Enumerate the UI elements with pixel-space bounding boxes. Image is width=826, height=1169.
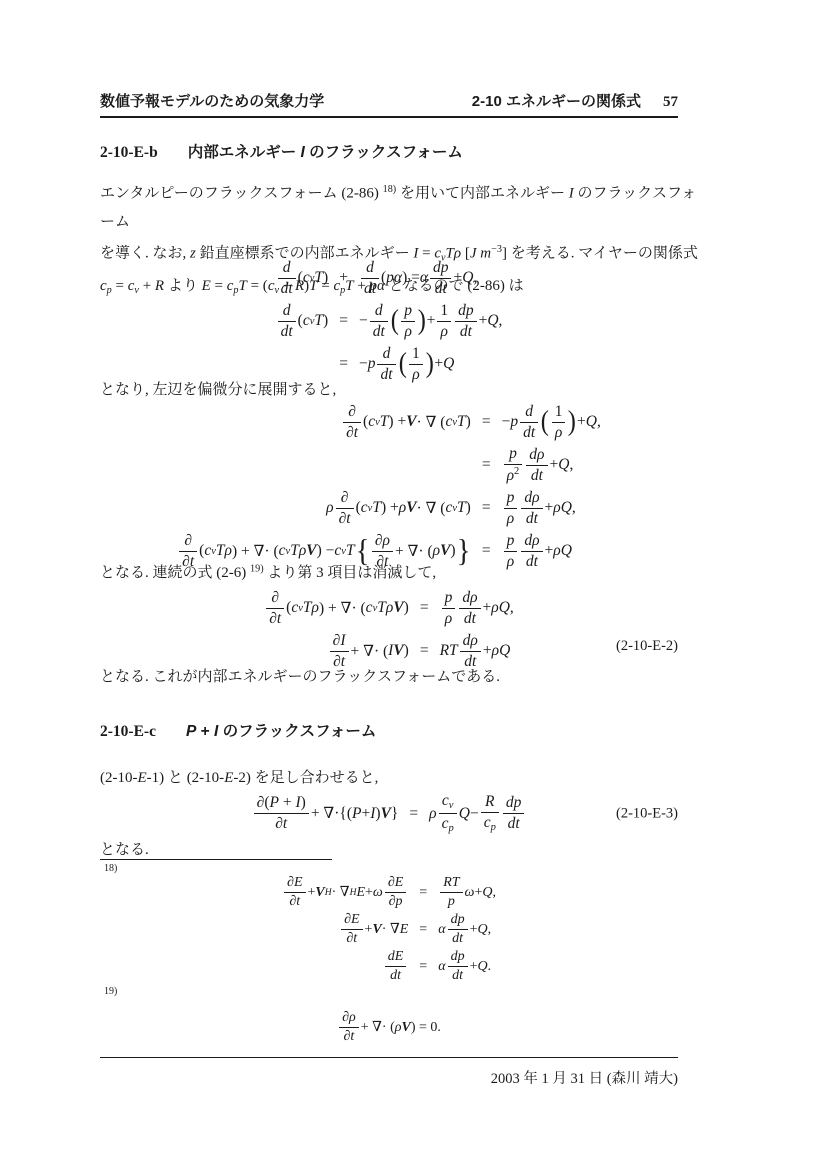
text-after-block1: となり, 左辺を偏微分に展開すると,: [100, 378, 700, 399]
footnote-19-equation: ∂ρ∂t + ∇· (ρV) = 0.: [100, 1010, 678, 1045]
header-right-group: 2-10 エネルギーの関係式57: [472, 90, 678, 111]
equation-block-e3: ∂(P + I)∂t + ∇·{(P + I) V}=ρcvcpQ − Rcp …: [100, 792, 678, 836]
equation-lhs: dEdt: [383, 948, 409, 985]
equation-grid-e3: ∂(P + I)∂t + ∇·{(P + I) V}=ρcvcpQ − Rcp …: [100, 792, 678, 836]
section-c-title: P + I のフラックスフォーム: [186, 723, 376, 740]
equation-lhs: ∂∂t (cvTρ) + ∇· (cvTρV): [264, 588, 409, 628]
section-c-number: 2-10-E-c: [100, 723, 156, 740]
equation-rel: =: [419, 885, 427, 901]
equation-rhs: −ddt (pρ) + 1ρ dpdt + Q,: [359, 301, 502, 341]
equation-grid-1: ddt (cvT)+ddt (pα) = αdpdt + Q,ddt (cvT)…: [100, 258, 678, 384]
equation-rhs: pρ dρdt + ρQ,: [440, 588, 514, 628]
equation-rhs: ddt (pα) = αdpdt + Q,: [359, 258, 477, 298]
header-book-title: 数値予報モデルのための気象力学: [100, 90, 324, 111]
text-before-e3: (2-10-E-1) と (2-10-E-2) を足し合わせると,: [100, 766, 700, 787]
equation-lhs: ddt (cvT): [276, 258, 329, 298]
equation-lhs: ∂E∂t + V · ∇E: [339, 911, 408, 948]
page-footer: 2003 年 1 月 31 日 (森川 靖大): [100, 1057, 678, 1088]
equation-rhs: RTpω + Q,: [438, 874, 496, 911]
equation-rel: =: [419, 959, 427, 975]
equation-block-2: ∂∂t (cvT) + V · ∇ (cvT)=−pddt (1ρ) + Q,=…: [100, 402, 678, 571]
equation-label-2-10-E-3: (2-10-E-3): [616, 805, 678, 822]
section-b-title: 内部エネルギー I のフラックスフォーム: [188, 144, 463, 161]
section-heading-b: 2-10-E-b内部エネルギー I のフラックスフォーム: [100, 140, 678, 162]
text-after-block2: となる. 連続の式 (2-6) 19) より第 3 項目は消滅して,: [100, 561, 700, 582]
header-section-title: 2-10 エネルギーの関係式: [472, 93, 641, 110]
equation-lhs: ∂E∂t + VH · ∇HE + ω∂E∂p: [282, 874, 408, 911]
equation-rhs: ρcvcpQ − Rcp dpdt: [429, 792, 526, 836]
section-b-number: 2-10-E-b: [100, 144, 158, 161]
footnote-18-marker: 18): [104, 863, 117, 874]
equation-rel: =: [482, 413, 491, 431]
equation-rel: =: [420, 599, 429, 617]
text-after-e3: となる.: [100, 838, 700, 859]
equation-rel: =: [339, 312, 348, 330]
equation-grid-3: ∂∂t (cvTρ) + ∇· (cvTρV)=pρ dρdt + ρQ,∂I∂…: [100, 588, 678, 671]
section-heading-c: 2-10-E-cP + I のフラックスフォーム: [100, 719, 678, 741]
page-header: 数値予報モデルのための気象力学 2-10 エネルギーの関係式57: [100, 90, 678, 118]
document-page: 数値予報モデルのための気象力学 2-10 エネルギーの関係式57 2-10-E-…: [0, 0, 826, 1169]
equation-grid-fn18: ∂E∂t + VH · ∇HE + ω∂E∂p=RTpω + Q,∂E∂t + …: [100, 874, 678, 985]
equation-block-1: ddt (cvT)+ddt (pα) = αdpdt + Q,ddt (cvT)…: [100, 258, 678, 384]
footnote-rule: [100, 859, 332, 860]
footnote-18-equations: ∂E∂t + VH · ∇HE + ω∂E∂p=RTpω + Q,∂E∂t + …: [100, 874, 678, 985]
equation-rel: =: [409, 805, 418, 823]
equation-rel: +: [339, 269, 348, 287]
equation-rel: =: [420, 642, 429, 660]
footer-date: 2003 年 1 月 31 日 (森川 靖大): [491, 1071, 678, 1087]
equation-rel: =: [482, 499, 491, 517]
footnote-19-marker: 19): [104, 986, 117, 997]
paragraph-line: エンタルピーのフラックスフォーム (2-86) 18) を用いて内部エネルギー …: [100, 176, 700, 236]
equation-rel: =: [482, 456, 491, 474]
equation-lhs: ρ∂∂t (cvT) + ρV · ∇ (cvT): [326, 488, 471, 528]
equation-rel: =: [419, 922, 427, 938]
text-after-block3: となる. これが内部エネルギーのフラックスフォームである.: [100, 665, 700, 686]
equation-rhs: αdpdt + Q,: [438, 911, 491, 948]
equation-rhs: pρ2 dρdt + Q,: [502, 445, 574, 485]
equation-rhs: −pddt (1ρ) + Q,: [502, 402, 601, 442]
equation-rel: =: [339, 355, 348, 373]
equation-lhs: ∂∂t (cvT) + V · ∇ (cvT): [341, 402, 471, 442]
equation-rel: =: [482, 542, 491, 560]
equation-rhs: pρ dρdt + ρQ,: [502, 488, 576, 528]
header-page-number: 57: [663, 94, 678, 110]
equation-lhs: ddt (cvT): [276, 301, 329, 341]
equation-rhs: αdpdt + Q.: [438, 948, 491, 985]
equation-lhs: ∂(P + I)∂t + ∇·{(P + I) V}: [252, 794, 399, 834]
equation-label-2-10-E-2: (2-10-E-2): [616, 638, 678, 655]
equation-grid-2: ∂∂t (cvT) + V · ∇ (cvT)=−pddt (1ρ) + Q,=…: [100, 402, 678, 571]
equation-block-3: ∂∂t (cvTρ) + ∇· (cvTρV)=pρ dρdt + ρQ,∂I∂…: [100, 588, 678, 671]
